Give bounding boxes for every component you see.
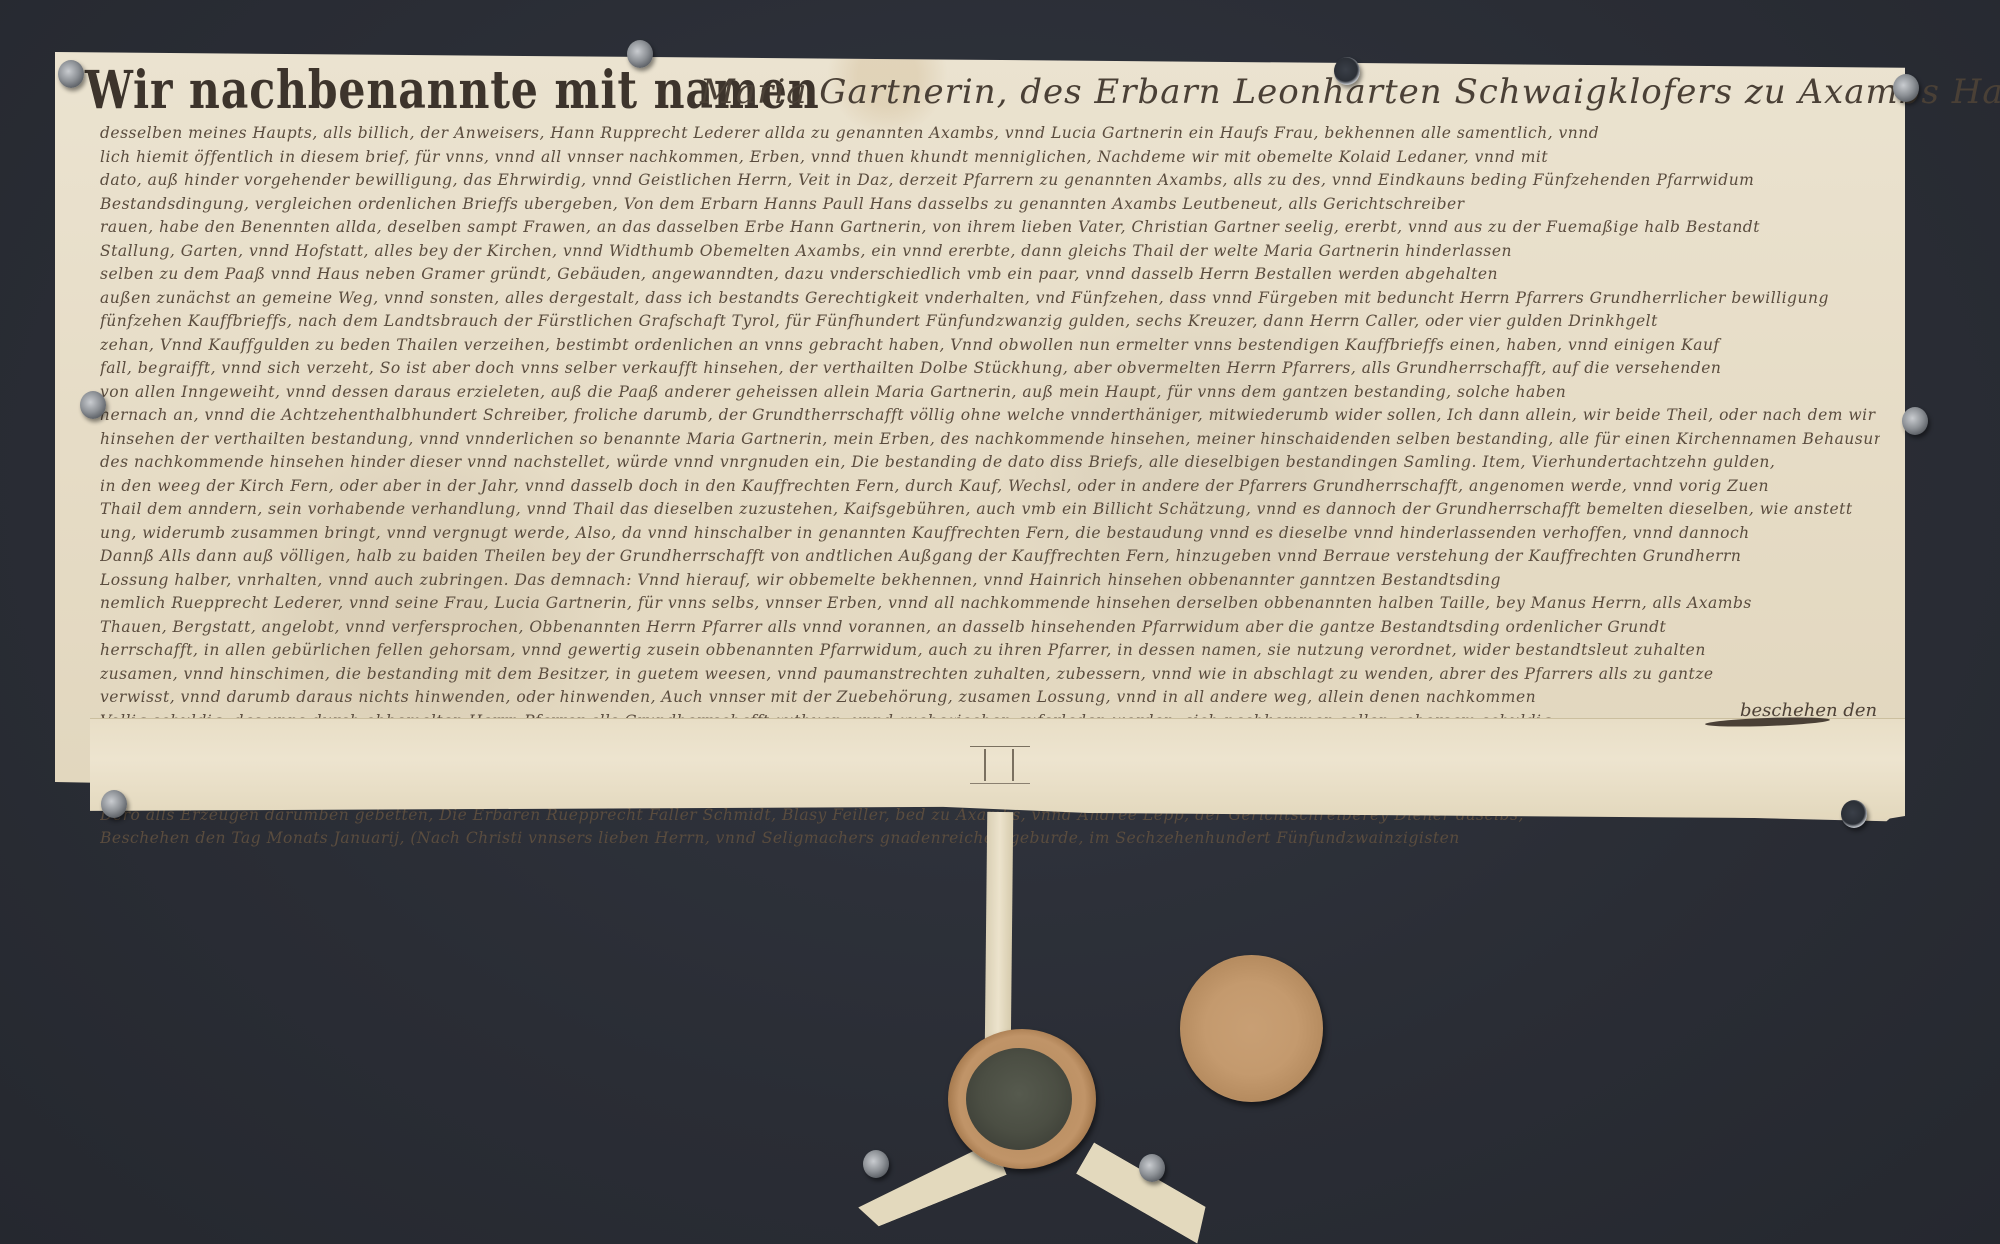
- magnet-pin-icon: [80, 391, 106, 419]
- magnet-pin-icon: [101, 790, 127, 818]
- signature-text: beschehen den: [1740, 700, 1877, 721]
- manuscript-line: verwisst, vnnd darumb daraus nichts hinw…: [100, 686, 1880, 710]
- manuscript-line: fünfzehen Kauffbrieffs, nach dem Landtsb…: [100, 310, 1880, 334]
- manuscript-line: zehan, Vnnd Kauffgulden zu beden Thailen…: [100, 334, 1880, 358]
- manuscript-line: Bestandsdingung, vergleichen ordenlichen…: [100, 193, 1880, 217]
- wax-seal: [966, 1048, 1072, 1150]
- manuscript-line: hinsehen der verthailten bestandung, vnn…: [100, 428, 1880, 452]
- manuscript-line: zusamen, vnnd hinschimen, die bestanding…: [100, 663, 1880, 687]
- manuscript-line: fall, begraifft, vnnd sich verzeht, So i…: [100, 357, 1880, 381]
- manuscript-line: Dannß Alls dann auß völligen, halb zu ba…: [100, 545, 1880, 569]
- manuscript-line: herrschafft, in allen gebürlichen fellen…: [100, 639, 1880, 663]
- manuscript-line: dato, auß hinder vorgehender bewilligung…: [100, 169, 1880, 193]
- magnet-pin-icon: [1893, 74, 1919, 102]
- manuscript-line: Thauen, Bergstatt, angelobt, vnnd verfer…: [100, 616, 1880, 640]
- capsule-lid: [1180, 955, 1323, 1102]
- manuscript-line: außen zunächst an gemeine Weg, vnnd sons…: [100, 287, 1880, 311]
- manuscript-line: rauen, habe den Benennten allda, deselbe…: [100, 216, 1880, 240]
- plica-roman-mark: [970, 746, 1030, 784]
- magnet-pin-icon: [1902, 407, 1928, 435]
- manuscript-line: Thail dem anndern, sein vorhabende verha…: [100, 498, 1880, 522]
- seal-parchment-strap: [985, 812, 1014, 1052]
- manuscript-line: desselben meines Haupts, alls billich, d…: [100, 122, 1880, 146]
- magnet-pin-icon: [627, 40, 653, 68]
- magnet-pin-icon: [58, 60, 84, 88]
- manuscript-line: in den weeg der Kirch Fern, oder aber in…: [100, 475, 1880, 499]
- manuscript-line: des nachkommende hinsehen hinder dieser …: [100, 451, 1880, 475]
- manuscript-line: hernach an, vnnd die Achtzehenthalbhunde…: [100, 404, 1880, 428]
- manuscript-line: lich hiemit öffentlich in diesem brief, …: [100, 146, 1880, 170]
- magnet-pin-icon: [863, 1150, 889, 1178]
- magnet-pin-icon: [1334, 57, 1360, 85]
- manuscript-line: von allen Inngeweiht, vnnd dessen daraus…: [100, 381, 1880, 405]
- manuscript-line: selben zu dem Paaß vnnd Haus neben Grame…: [100, 263, 1880, 287]
- manuscript-line: Stallung, Garten, vnnd Hofstatt, alles b…: [100, 240, 1880, 264]
- manuscript-line: Lossung halber, vnrhalten, vnnd auch zub…: [100, 569, 1880, 593]
- manuscript-line: ung, widerumb zusammen bringt, vnnd verg…: [100, 522, 1880, 546]
- magnet-pin-icon: [1139, 1154, 1165, 1182]
- manuscript-line: nemlich Ruepprecht Lederer, vnnd seine F…: [100, 592, 1880, 616]
- magnet-pin-icon: [1841, 800, 1867, 828]
